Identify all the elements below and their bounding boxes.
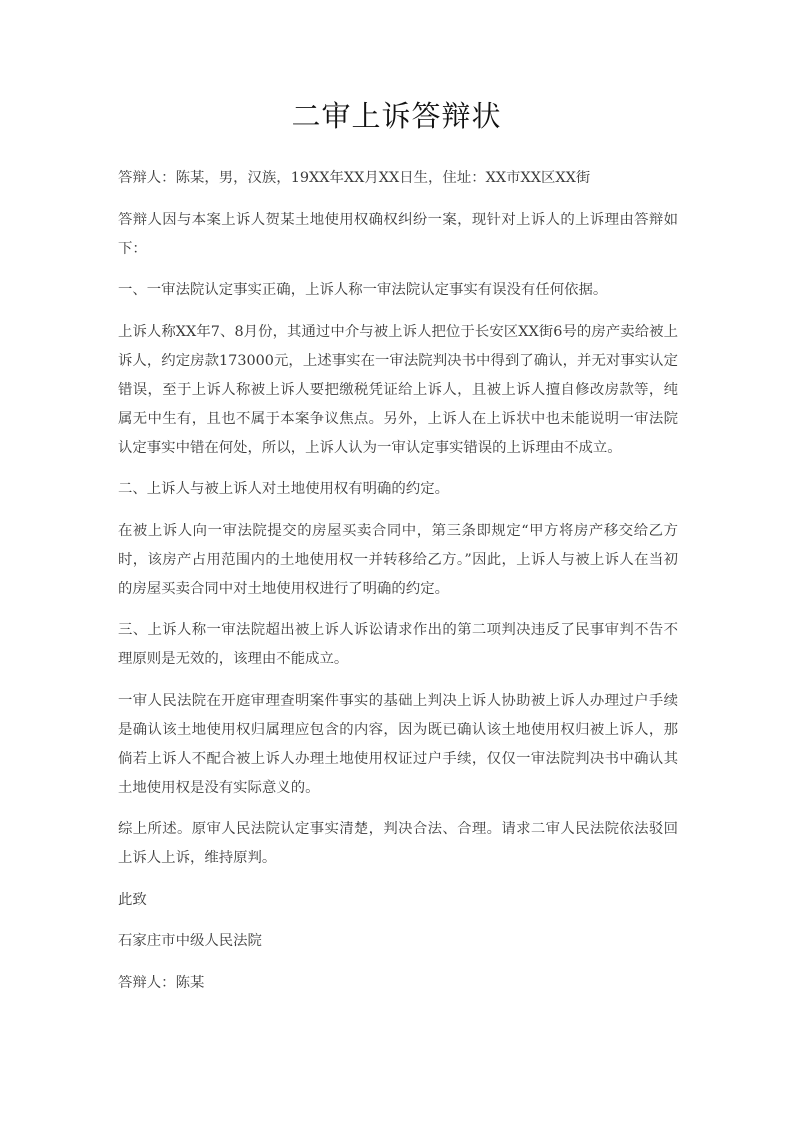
point-two-heading: 二、上诉人与被上诉人对土地使用权有明确的约定。 — [118, 475, 678, 504]
point-one-body: 上诉人称XX年7、8月份，其通过中介与被上诉人把位于长安区XX街6号的房产卖给被… — [118, 318, 678, 463]
respondent-info: 答辩人：陈某，男，汉族，19XX年XX月XX日生，住址：XX市XX区XX街 — [118, 164, 678, 193]
point-one-heading: 一、一审法院认定事实正确，上诉人称一审法院认定事实有误没有任何依据。 — [118, 276, 678, 305]
document-title: 二审上诉答辩状 — [0, 96, 793, 136]
document-body: 答辩人：陈某，男，汉族，19XX年XX月XX日生，住址：XX市XX区XX街 答辩… — [118, 164, 678, 1010]
document-page: 二审上诉答辩状 答辩人：陈某，男，汉族，19XX年XX月XX日生，住址：XX市X… — [0, 0, 793, 1122]
intro-paragraph: 答辩人因与本案上诉人贺某土地使用权确权纠纷一案，现针对上诉人的上诉理由答辩如下： — [118, 206, 678, 264]
signature: 答辩人：陈某 — [118, 969, 678, 998]
conclusion-paragraph: 综上所述。原审人民法院认定事实清楚，判决合法、合理。请求二审人民法院依法驳回上诉… — [118, 815, 678, 873]
point-three-heading: 三、上诉人称一审法院超出被上诉人诉讼请求作出的第二项判决违反了民事审判不告不理原… — [118, 616, 678, 674]
addressee-court: 石家庄市中级人民法院 — [118, 927, 678, 956]
point-three-body: 一审人民法院在开庭审理查明案件事实的基础上判决上诉人协助被上诉人办理过户手续是确… — [118, 687, 678, 803]
salutation: 此致 — [118, 886, 678, 915]
point-two-body: 在被上诉人向一审法院提交的房屋买卖合同中，第三条即规定“甲方将房产移交给乙方时，… — [118, 517, 678, 604]
